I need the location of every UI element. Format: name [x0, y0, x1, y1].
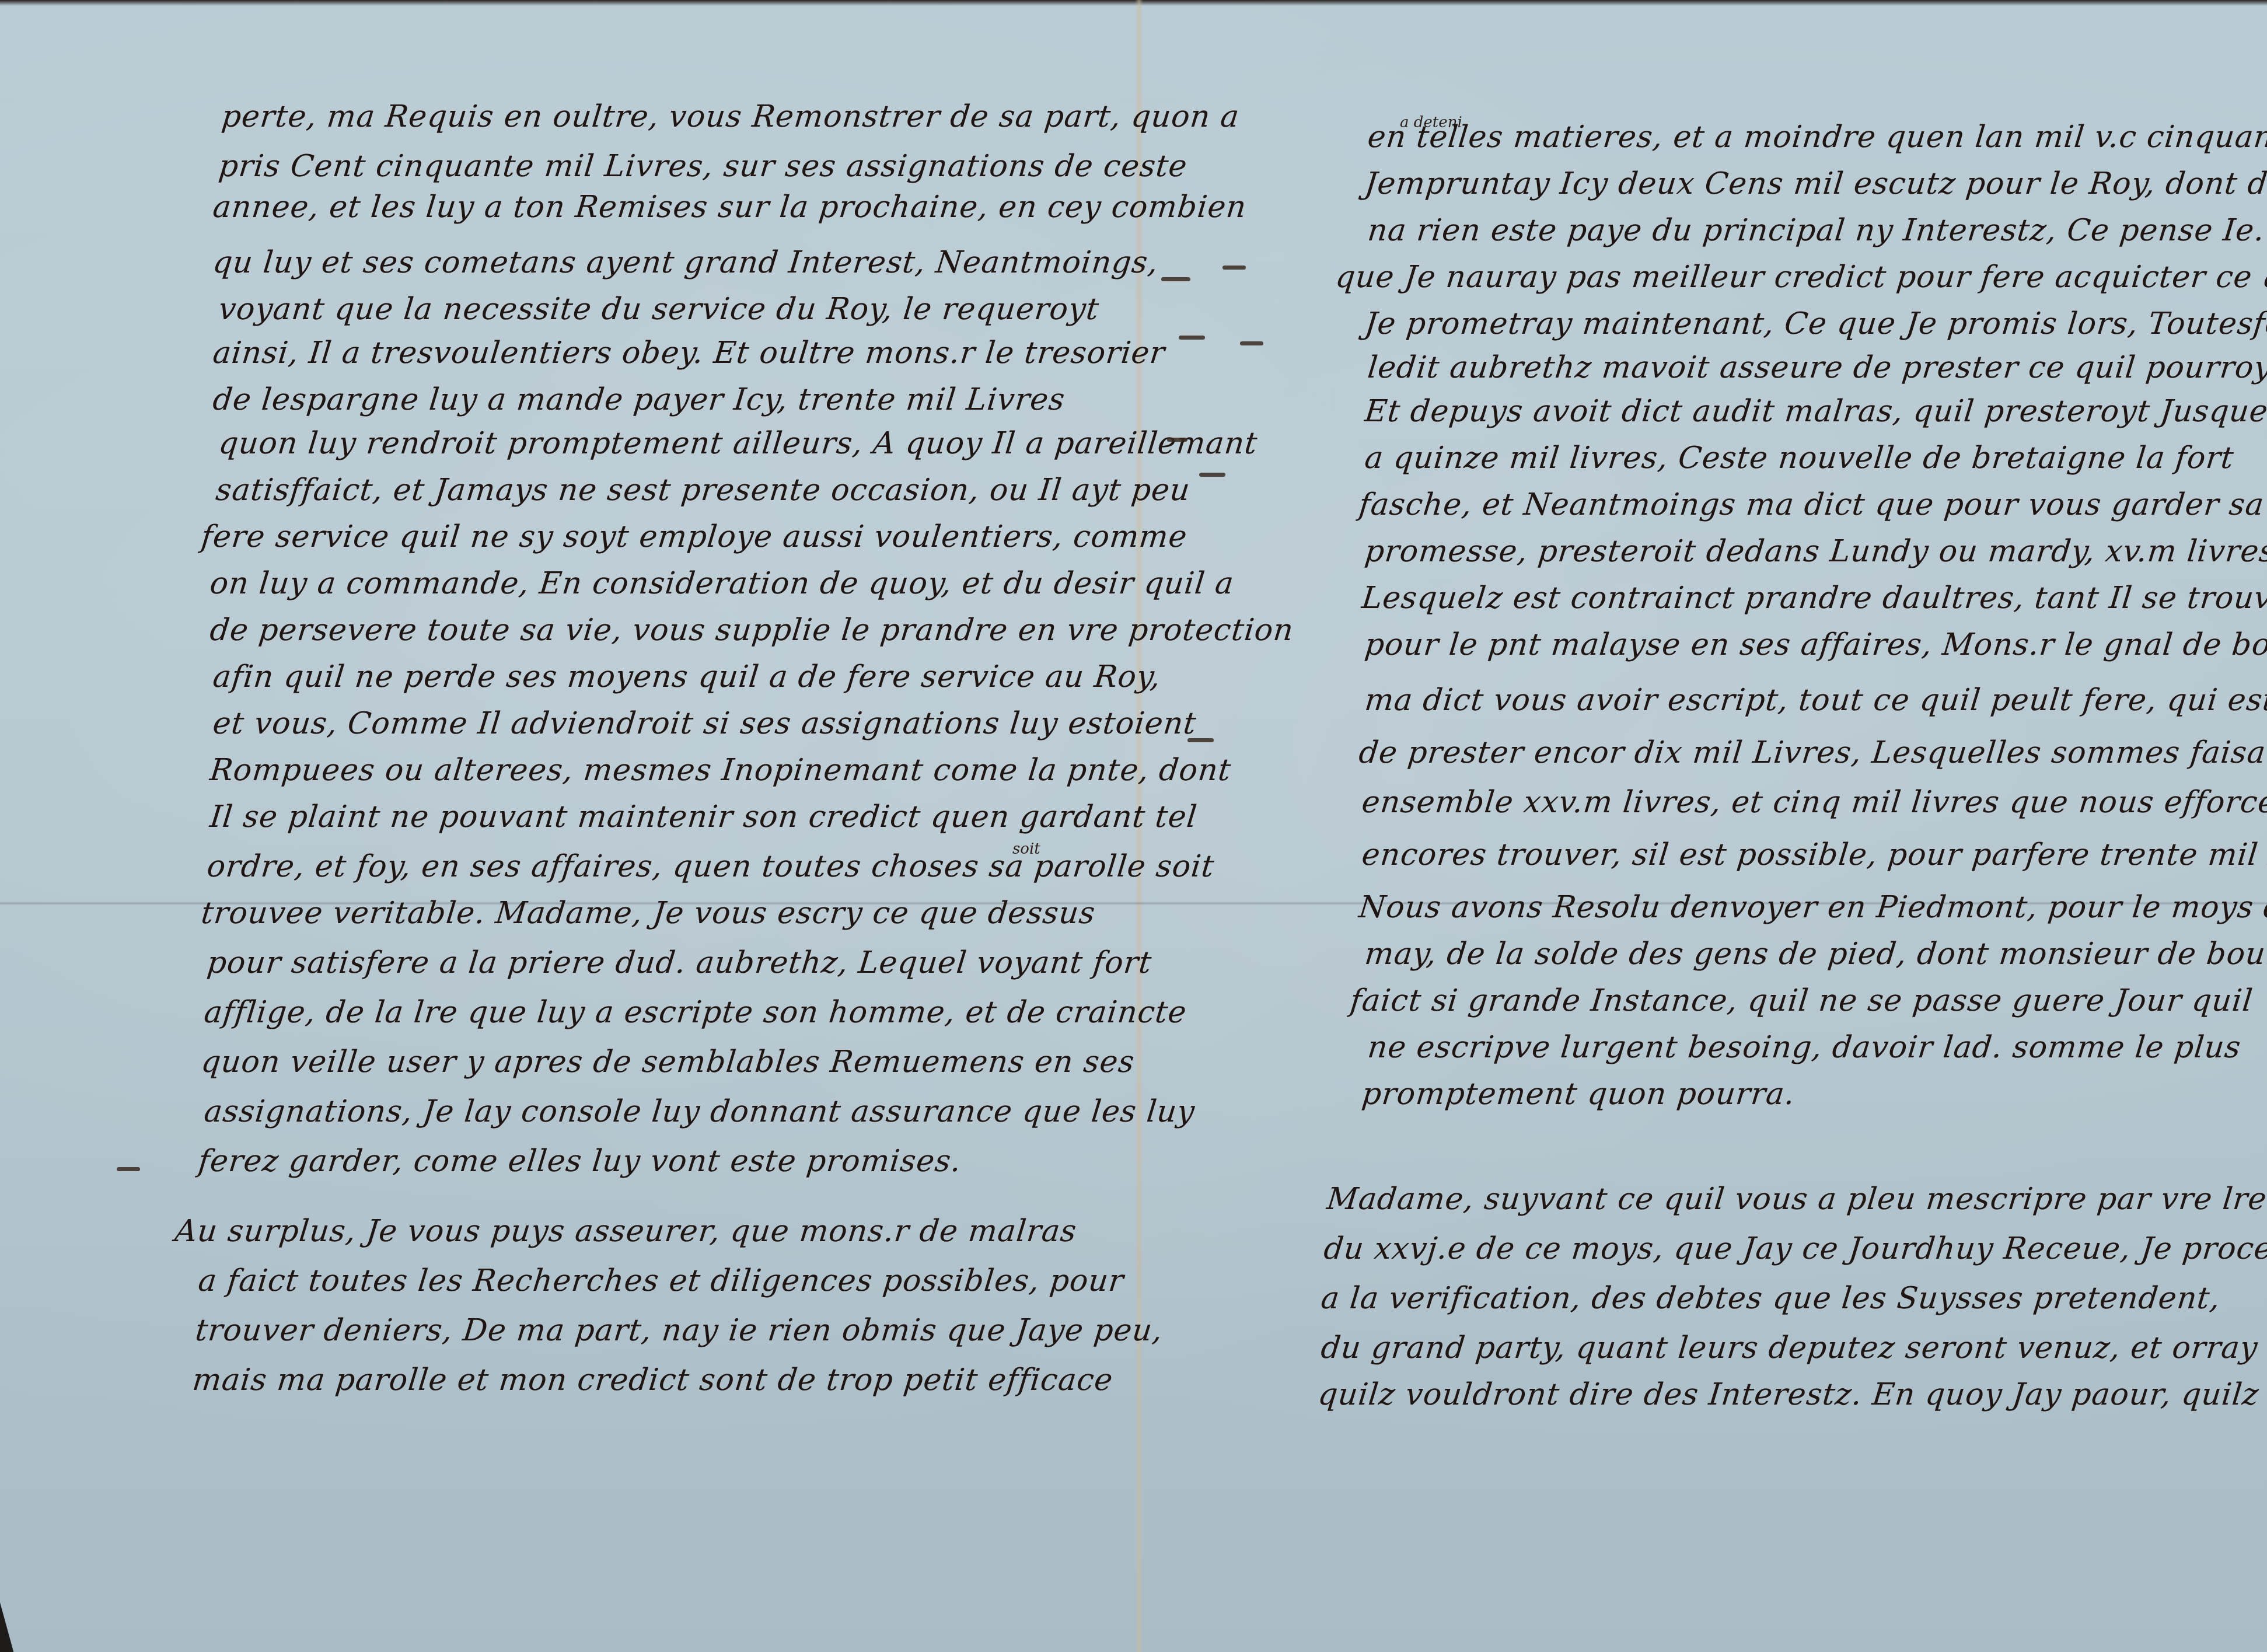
- right-line-20: ne escripve lurgent besoing, davoir lad.…: [1366, 1030, 2243, 1065]
- right-line-23: du xxvj.e de ce moys, que Jay ce Jourdhu…: [1322, 1231, 2267, 1266]
- right-line-13: ma dict vous avoir escript, tout ce quil…: [1363, 683, 2267, 718]
- left-page: perte, ma Requis en oultre, vous Remonst…: [0, 0, 1135, 1652]
- left-line-12: de persevere toute sa vie, vous supplie …: [208, 613, 1295, 648]
- left-line-4: qu luy et ses cometans ayent grand Inter…: [211, 245, 1160, 280]
- right-line-1: en telles matieres, et a moindre quen la…: [1366, 120, 2267, 155]
- left-line-24: Au surplus, Je vous puys asseurer, que m…: [173, 1214, 1078, 1249]
- left-line-3: annee, et les luy a ton Remises sur la p…: [211, 190, 1248, 225]
- right-page: a deteni en telles matieres, et a moindr…: [1143, 0, 2267, 1652]
- right-line-19: faict si grande Instance, quil ne se pas…: [1349, 983, 2255, 1018]
- right-line-2: Jempruntay Icy deux Cens mil escutz pour…: [1363, 166, 2267, 201]
- left-line-1: perte, ma Requis en oultre, vous Remonst…: [220, 99, 1241, 134]
- left-line-21: quon veille user y apres de semblables R…: [200, 1045, 1137, 1080]
- right-line-16: encores trouver, sil est possible, pour …: [1360, 837, 2267, 872]
- right-line-24: a la verification, des debtes que les Su…: [1319, 1281, 2222, 1316]
- left-line-25: a faict toutes les Recherches et diligen…: [197, 1263, 1126, 1298]
- margin-mark: [117, 1167, 140, 1171]
- right-line-18: may, de la solde des gens de pied, dont …: [1363, 937, 2267, 972]
- left-line-23: ferez garder, come elles luy vont este p…: [197, 1144, 963, 1179]
- right-line-25: du grand party, quant leurs deputez sero…: [1319, 1330, 2267, 1365]
- right-line-7: Et depuys avoit dict audit malras, quil …: [1363, 394, 2267, 429]
- left-line-14: et vous, Comme Il adviendroit si ses ass…: [211, 706, 1199, 741]
- right-line-3: na rien este paye du principal ny Intere…: [1366, 213, 2266, 248]
- right-line-5: Je prometray maintenant, Ce que Je promi…: [1363, 306, 2267, 341]
- right-line-8: a quinze mil livres, Ceste nouvelle de b…: [1363, 441, 2236, 476]
- left-line-22: assignations, Je lay console luy donnant…: [202, 1094, 1197, 1129]
- right-line-21: promptement quon pourra.: [1360, 1077, 1797, 1112]
- right-line-10: promesse, presteroit dedans Lundy ou mar…: [1363, 534, 2267, 569]
- left-line-17: ordre, et foy, en ses affaires, quen tou…: [205, 849, 1216, 884]
- left-line-2: pris Cent cinquante mil Livres, sur ses …: [217, 149, 1189, 184]
- right-line-15: ensemble xxv.m livres, et cinq mil livre…: [1360, 785, 2267, 820]
- left-line-6: ainsi, Il a tresvoulentiers obey. Et oul…: [211, 336, 1167, 371]
- right-line-4: que Je nauray pas meilleur credict pour …: [1334, 260, 2267, 295]
- right-line-26: quilz vouldront dire des Interestz. En q…: [1316, 1377, 2261, 1412]
- left-line-27: mais ma parolle et mon credict sont de t…: [191, 1363, 1115, 1398]
- right-line-9: fasche, et Neantmoings ma dict que pour …: [1357, 487, 2266, 522]
- left-line-11: on luy a commande, En consideration de q…: [208, 566, 1236, 601]
- left-line-13: afin quil ne perde ses moyens quil a de …: [211, 659, 1162, 694]
- right-line-12: pour le pnt malayse en ses affaires, Mon…: [1363, 627, 2267, 662]
- right-line-6: ledit aubrethz mavoit asseure de prester…: [1366, 350, 2267, 385]
- left-line-20: afflige, de la lre que luy a escripte so…: [202, 995, 1189, 1030]
- left-line-10: fere service quil ne sy soyt employe aus…: [200, 519, 1189, 554]
- left-line-19: pour satisfere a la priere dud. aubrethz…: [205, 945, 1154, 980]
- left-line-18: trouvee veritable. Madame, Je vous escry…: [200, 896, 1097, 931]
- left-line-26: trouver deniers, De ma part, nay ie rien…: [194, 1313, 1165, 1348]
- right-line-11: Lesquelz est contrainct prandre daultres…: [1360, 581, 2267, 616]
- right-line-17: Nous avons Resolu denvoyer en Piedmont, …: [1357, 890, 2267, 925]
- left-line-5: voyant que la necessite du service du Ro…: [217, 292, 1101, 327]
- right-line-22: Madame, suyvant ce quil vous a pleu mesc…: [1325, 1182, 2267, 1217]
- left-line-7: de lespargne luy a mande payer Icy, tren…: [211, 382, 1067, 417]
- left-line-9: satisffaict, et Jamays ne sest presente …: [214, 473, 1192, 508]
- right-line-14: de prester encor dix mil Livres, Lesquel…: [1357, 735, 2267, 770]
- left-line-8: quon luy rendroit promptement ailleurs, …: [217, 426, 1259, 461]
- left-line-16: Il se plaint ne pouvant maintenir son cr…: [208, 799, 1199, 834]
- left-line-15: Rompuees ou alterees, mesmes Inopinemant…: [208, 753, 1233, 788]
